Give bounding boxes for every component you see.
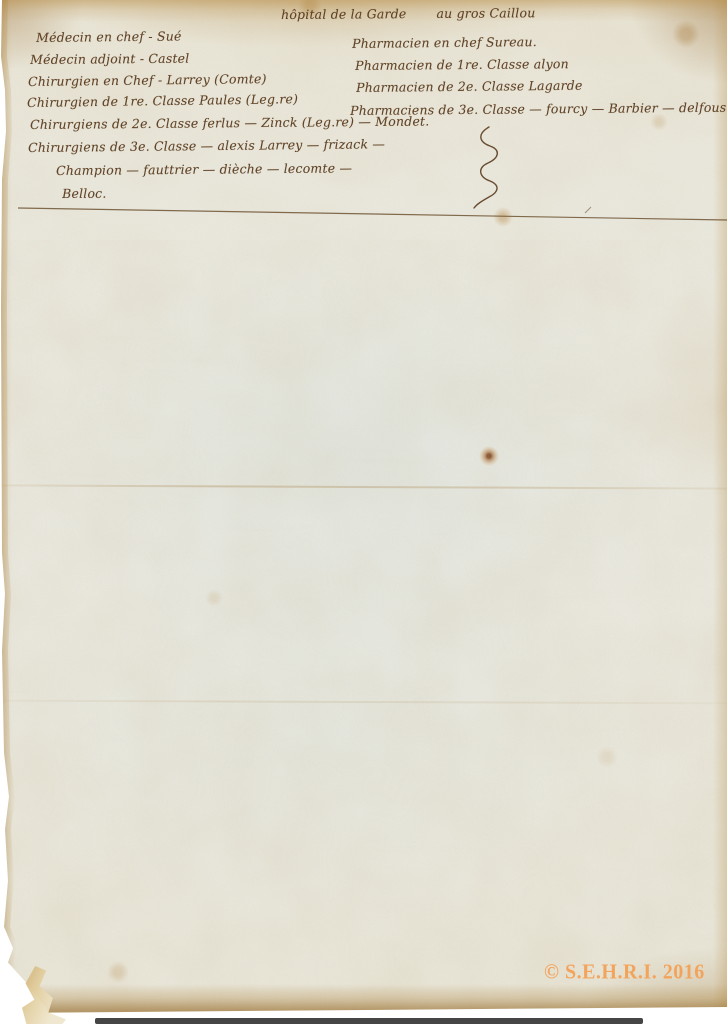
- line-chirurgiens-3e-suite: Champion — fauttrier — dièche — lecomte …: [56, 160, 352, 178]
- paper-sheet: hôpital de la Gardeau gros Caillou Médec…: [0, 0, 727, 1024]
- line-medecin-adjoint: Médecin adjoint - Castel: [30, 51, 189, 67]
- page-header-title: hôpital de la Gardeau gros Caillou: [281, 5, 536, 22]
- line-belloc: Belloc.: [62, 186, 107, 201]
- scanner-edge-strip: [95, 1018, 643, 1024]
- line-pharmacien-en-chef: Pharmacien en chef Sureau.: [352, 34, 537, 51]
- line-medecin-en-chef: Médecin en chef - Sué: [36, 28, 182, 45]
- line-pharmacien-1re-classe: Pharmacien de 1re. Classe alyon: [355, 56, 569, 73]
- scanned-document-page: hôpital de la Gardeau gros Caillou Médec…: [0, 0, 727, 1024]
- header-hospital-name: hôpital de la Garde: [281, 6, 407, 22]
- line-pharmacien-2e-classe: Pharmacien de 2e. Classe Lagarde: [356, 78, 583, 95]
- copyright-watermark: © S.E.H.R.I. 2016: [544, 960, 705, 985]
- line-chirurgien-en-chef: Chirurgien en Chef - Larrey (Comte): [28, 71, 267, 89]
- header-location: au gros Caillou: [436, 5, 535, 21]
